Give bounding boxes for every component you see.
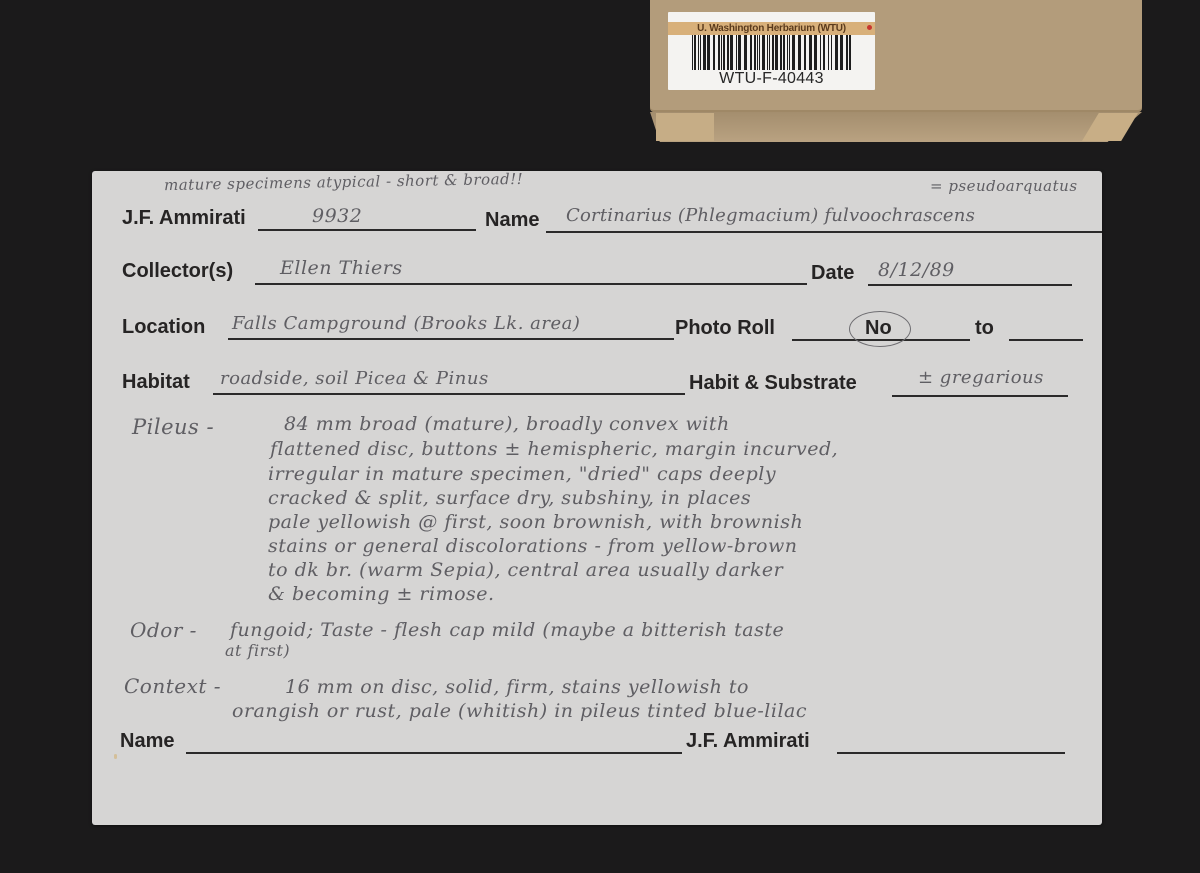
pileus-line: pale yellowish @ first, soon brownish, w… [268,511,803,533]
date-label: Date [811,262,854,285]
barcode-icon [692,35,854,70]
collectors-value: Ellen Thiers [280,257,403,279]
odor-label: Odor - [130,618,197,642]
pileus-line: flattened disc, buttons ± hemispheric, m… [270,438,838,460]
specimen-box-lip [650,112,1142,142]
context-line: orangish or rust, pale (whitish) in pile… [232,700,807,722]
location-line [228,338,674,340]
habitat-value: roadside, soil Picea & Pinus [220,368,489,389]
collection-number-line [258,229,476,231]
collection-card: mature specimens atypical - short & broa… [92,171,1102,825]
institution-name: U. Washington Herbarium (WTU) [697,23,846,34]
date-value: 8/12/89 [878,259,955,281]
photo-roll-to-line [1009,339,1083,341]
habit-substrate-label: Habit & Substrate [689,372,857,395]
pileus-line: to dk br. (warm Sepia), central area usu… [268,559,783,581]
name-label: Name [485,209,539,232]
habit-substrate-value: ± gregarious [918,367,1044,388]
name-line [546,231,1102,233]
footer-determiner-line [837,752,1065,754]
footer-determiner-label: J.F. Ammirati [686,730,810,753]
context-label: Context - [124,674,221,698]
photo-roll-label: Photo Roll [675,317,775,340]
pileus-label: Pileus - [132,415,214,439]
odor-line: at first) [225,641,290,660]
photo-roll-to-label: to [975,317,994,340]
synonym-note: = pseudoarquatus [930,177,1078,195]
collectors-label: Collector(s) [122,260,233,283]
pileus-line: 84 mm broad (mature), broadly convex wit… [284,413,730,435]
location-value: Falls Campground (Brooks Lk. area) [232,313,580,334]
red-dot-icon [867,25,872,30]
pileus-line: stains or general discolorations - from … [268,535,797,557]
habit-substrate-line [892,395,1068,397]
pileus-line: irregular in mature specimen, "dried" ca… [268,463,776,485]
box-corner-tape-left [656,113,714,141]
institution-band: U. Washington Herbarium (WTU) [668,22,875,35]
name-value: Cortinarius (Phlegmacium) fulvoochrascen… [566,205,975,226]
collection-number-label: J.F. Ammirati [122,207,246,230]
photo-roll-value: No [865,317,892,340]
pileus-line: cracked & split, surface dry, subshiny, … [268,487,751,509]
pileus-line: & becoming ± rimose. [268,583,495,605]
card-speck [114,754,117,759]
collectors-line [255,283,807,285]
footer-name-line [186,752,682,754]
odor-line: fungoid; Taste - flesh cap mild (maybe a… [230,619,784,641]
context-line: 16 mm on disc, solid, firm, stains yello… [285,676,749,698]
catalog-number: WTU-F-40443 [668,70,875,88]
habitat-line [213,393,685,395]
collection-number-value: 9932 [312,205,362,227]
habitat-label: Habitat [122,371,190,394]
top-note: mature specimens atypical - short & broa… [164,170,524,194]
location-label: Location [122,316,205,339]
herbarium-barcode-label: U. Washington Herbarium (WTU) WTU-F-4044… [668,12,875,90]
footer-name-label: Name [120,730,174,753]
date-line [868,284,1072,286]
